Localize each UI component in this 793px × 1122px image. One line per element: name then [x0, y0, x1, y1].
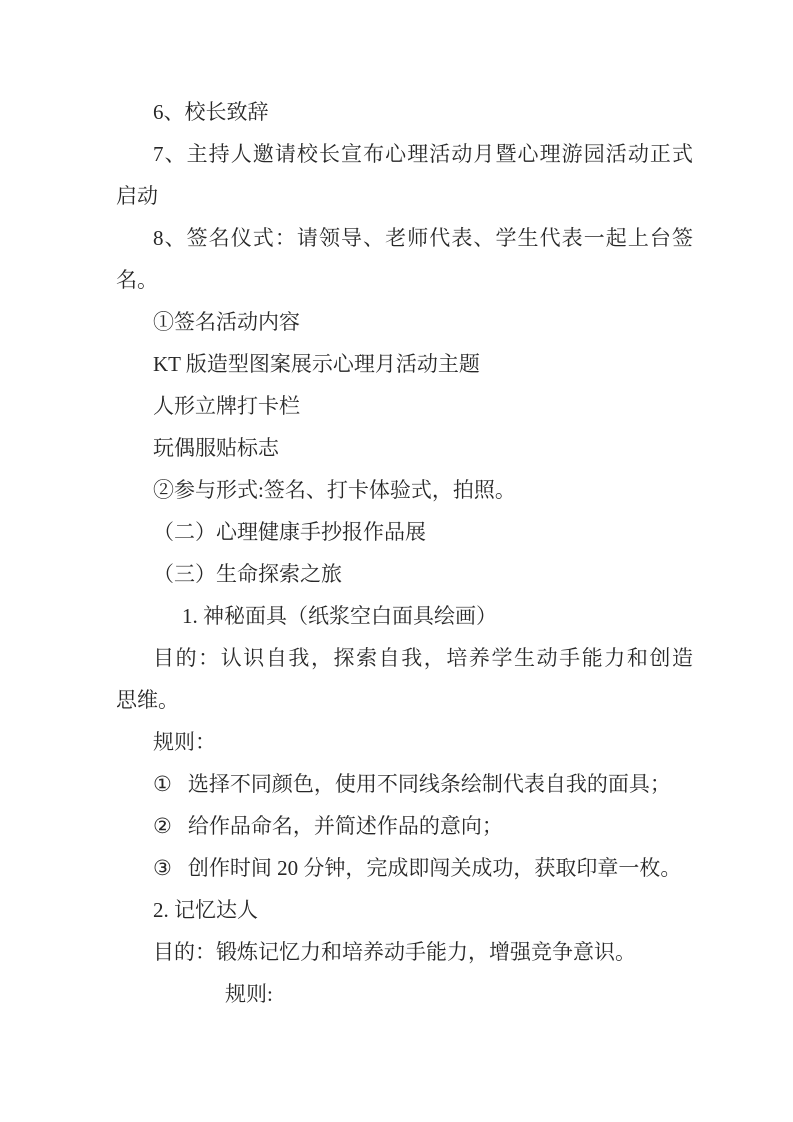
text-line: 思维。: [116, 679, 694, 721]
text-line: 启动: [116, 175, 694, 217]
text-line: 2. 记忆达人: [153, 889, 694, 931]
text-line: 7、主持人邀请校长宣布心理活动月暨心理游园活动正式: [153, 133, 693, 175]
text-line: 6、校长致辞: [153, 91, 694, 133]
text-line: （三）生命探索之旅: [153, 553, 694, 595]
text-line: ①选择不同颜色，使用不同线条绘制代表自我的面具；: [153, 763, 694, 805]
text-line: ②给作品命名，并简述作品的意向；: [153, 805, 694, 847]
text-line: 规则：: [153, 721, 694, 763]
text-line: ②参与形式:签名、打卡体验式，拍照。: [153, 469, 694, 511]
line-text: 给作品命名，并简述作品的意向；: [188, 814, 503, 838]
text-line: 人形立牌打卡栏: [153, 385, 694, 427]
document-page: 6、校长致辞7、主持人邀请校长宣布心理活动月暨心理游园活动正式启动8、签名仪式：…: [116, 91, 694, 1015]
text-line: KT 版造型图案展示心理月活动主题: [153, 343, 694, 385]
text-line: ①签名活动内容: [153, 301, 694, 343]
text-line: 目的：认识自我，探索自我，培养学生动手能力和创造: [153, 637, 693, 679]
text-line: 目的：锻炼记忆力和培养动手能力，增强竞争意识。: [153, 931, 694, 973]
text-line: 1. 神秘面具（纸浆空白面具绘画）: [182, 595, 694, 637]
line-text: 选择不同颜色，使用不同线条绘制代表自我的面具；: [188, 772, 671, 796]
text-line: （二）心理健康手抄报作品展: [153, 511, 694, 553]
list-marker: ②: [153, 814, 172, 838]
text-line: 玩偶服贴标志: [153, 427, 694, 469]
text-line: 规则:: [225, 973, 694, 1015]
list-marker: ③: [153, 856, 172, 880]
text-line: 名。: [116, 259, 694, 301]
text-line: 8、签名仪式：请领导、老师代表、学生代表一起上台签: [153, 217, 693, 259]
line-text: 创作时间 20 分钟，完成即闯关成功，获取印章一枚。: [188, 856, 682, 880]
text-line: ③创作时间 20 分钟，完成即闯关成功，获取印章一枚。: [153, 847, 694, 889]
list-marker: ①: [153, 772, 172, 796]
